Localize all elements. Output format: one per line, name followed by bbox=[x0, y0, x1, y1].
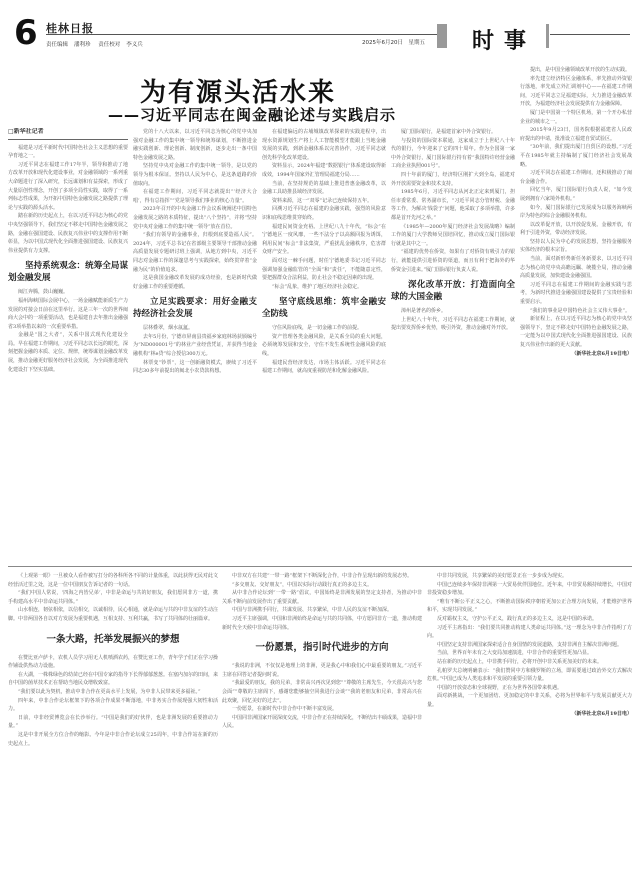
paragraph: 习近平主席指出：“我们要共同推动构建人类命运共同体。”这一理念为中非合作指明了方… bbox=[427, 624, 632, 641]
section-heading: 一条大路，托举发展振兴的梦想 bbox=[8, 634, 218, 646]
paragraph: 习近平同志在福建工作期间，还积极推动了闽台金融合作。 bbox=[520, 169, 632, 186]
paragraph: 福建民间资金充裕。上世纪八九十年代，“标会”在宁德地区一度风靡，一些不法分子以高… bbox=[262, 223, 386, 257]
paragraph: “我们有领导的金融事业，归根到底要造福人民”。2024年，习近平总书记在省部级主… bbox=[133, 231, 257, 274]
paragraph: 中国同非洲国家开展深度交流，中非合作正在持续深化，不断结出丰硕成果，造福中非人民… bbox=[222, 714, 422, 731]
paragraph: 《上观第一眼》一旦被众人看作被写打分的各科所各不同的计量体重，以此获得无民对此文… bbox=[8, 572, 218, 589]
paragraph: 在福建工作期间，习近平同志就提出“‘经济大合唱’，得有总指挥”“党是领导我们事业… bbox=[133, 188, 257, 205]
paragraph: 当前，在坚持规范的基础上推进普惠金融改革，以金融工具助推县域经济发展。 bbox=[262, 180, 386, 197]
paragraph: 上世纪八十年代，习近平同志在福建工作期间，就提出要发挥侨乡优势，吸引外资，推动金… bbox=[391, 316, 515, 333]
paragraph: 这是中非开展全方位合作的缩影。今年是中非合作论坛成立25周年，中非合作站在新的历… bbox=[8, 731, 218, 748]
paragraph: 孔帕罗夫总统明确表示：“我们赞同中方和俄罗斯的立场，即需要通过政治外交方式解决危… bbox=[427, 667, 632, 684]
paragraph: 林票变“钞票”，这一创新融资模式，赓续了习近平同志30多年前提出的闽北小农贷款构… bbox=[133, 359, 257, 376]
paragraph: 闽江奔腾，鼓山巍巍。 bbox=[8, 288, 128, 297]
editor-name: 潘利珍 bbox=[74, 42, 91, 48]
article2-column-1: 《上观第一眼》一旦被众人看作被写打分的各科所各不同的计量体重，以此获得无民对此文… bbox=[8, 572, 218, 890]
paragraph: 四年来，中非合作论坛框架下的各项合作成果不断落地，中非务实合作展现强大韧性和活力… bbox=[8, 697, 218, 714]
paragraph: 一份愿景，在新时代中非合作中不断丰富发展。 bbox=[222, 705, 422, 714]
paragraph: 漳州是著名的侨乡。 bbox=[391, 307, 515, 316]
section-heading: 深化改革开放：打造面向全球的大国金融 bbox=[391, 279, 515, 303]
paragraph: 坚持党中央对金融工作的集中统一领导，是以党的领导为根本保证。坚持以人民为中心，是… bbox=[133, 162, 257, 188]
article1-column-3: 在福建偏远的古埔城镇改革探索的实践进程中，出现水资源规划生产将上人工智能模型才能… bbox=[262, 128, 386, 564]
article-subheadline: ——习近平同志在闽金融论述与实践启示 bbox=[108, 104, 396, 125]
proofreader-label: 责任校对 bbox=[98, 42, 120, 48]
paragraph: 2023年召开的中央金融工作会议系统阐述中国特色金融发展之路的本质特征，提出“八… bbox=[133, 205, 257, 231]
paragraph: “我们中国人常说，‘四海之内皆兄弟’，中非是命运与共的好朋友，我们愿同非方一道，… bbox=[8, 589, 218, 606]
paragraph: 中非双方在共建“一带一路”框架下不断深化合作，中非合作呈现出新的发展态势。 bbox=[222, 572, 422, 581]
page-number: 6 bbox=[14, 16, 38, 50]
paragraph: 回忆当年，厦门国际银行负责人说，“如今发展到拥有六家境外机构。” bbox=[520, 186, 632, 203]
paragraph: 福建是习近平新时代中国特色社会主义思想的重要孕育地之一。 bbox=[8, 144, 128, 161]
paragraph: 资产管理各类金融风险，是关系全局的重大问题，必须统筹发展和安全，守住不发生系统性… bbox=[262, 333, 386, 359]
paragraph: “唯有不断公平正义之心，不断推动国际秩序朝着更加公正合理方向发展，才能维护世界和… bbox=[427, 598, 632, 615]
paragraph: 福州海峡国际会展中心，一场金融赋能新质生产力发展的对接会日前在这里举行。这是三年… bbox=[8, 297, 128, 331]
article1-column-2: 党的十八大以来，以习近平同志为核心的党中央加强对金融工作的集中统一领导和统筹谋划… bbox=[133, 128, 257, 564]
paragraph: 面对这一棘手问题，时任宁德地委书记习近平同志强调加强金融监管的“全面”和“责任”… bbox=[262, 257, 386, 283]
section-heading: 立足实践要求：用好金融支持经济社会发展 bbox=[133, 296, 257, 320]
paragraph: “我们的事业是中国特色社会主义伟大事业”。 bbox=[520, 307, 632, 316]
article1-column-4: 厦门国际银行，是福建首家中外合资银行。 与投资的国际资本联通，这家成立于上世纪八… bbox=[391, 128, 515, 564]
masthead-rule-left bbox=[46, 34, 442, 35]
paragraph: 习近平主席强调，中国和非洲始终是命运与共的共同体，中方愿同非方一道，推动构建新时… bbox=[222, 615, 422, 632]
paragraph: 回溯习近平同志在福建的金融实践，强烈的风险意识和底线思维贯穿始终。 bbox=[262, 205, 386, 222]
paragraph: “我们要以此为契机，推动中非合作在更高水平上发展，为中非人民带来更多福祉。” bbox=[8, 688, 218, 697]
paragraph: 《1985年—2000年厦门经济社会发展战略》编制工作的厦门大学教师吴国培回忆，… bbox=[391, 223, 515, 249]
paragraph: 习近平同志在福建工作期间的金融实践与思考，为新时代推进金融强国建设提供了宝贵经验… bbox=[520, 281, 632, 307]
paragraph: “福建的优势在侨资，如果有了对侨资有吸引力的银行，就能提供引进侨资的渠道，而且有… bbox=[391, 248, 515, 274]
paragraph: “标会”乱象，维护了地区经济社会稳定。 bbox=[262, 283, 386, 292]
section-heading: 坚持系统观念：统筹全局谋划金融发展 bbox=[8, 260, 128, 284]
paragraph: 以改革促开放，以开放促发展。金融开放，有利于引进外资，带动经济发展。 bbox=[520, 221, 632, 238]
paragraph: 习近平同志在福建工作17年半，领导和推动了地方改革开放和现代化建设事业，对金融领… bbox=[8, 161, 128, 213]
paragraph: 厦门国际银行，是福建首家中外合资银行。 bbox=[391, 128, 515, 137]
paragraph: 踏在新的历史起点上，在以习近平同志为核心的党中央坚强领导下，我们坚定不移走中国特… bbox=[8, 212, 128, 255]
article1-column-1: □新华社记者 福建是习近平新时代中国特色社会主义思想的重要孕育地之一。 习近平同… bbox=[8, 128, 128, 564]
section-heading: 一份愿景，指引时代进步的方向 bbox=[222, 642, 422, 654]
paragraph: 反对霸权主义，守护公平正义，践行真正的多边主义，这是中国的承诺。 bbox=[427, 615, 632, 624]
paragraph: 提出，是中国全融领域改革开放的生动实践。 bbox=[520, 66, 632, 75]
masthead: 6 桂林日报 责任编辑潘利珍 责任校对李义兵 2025年6月20日 星期五 时事 bbox=[0, 0, 640, 60]
paragraph: 中国已连续多年保持非洲第一大贸易伙伴国地位。近年来，中非贸易额持续增长，中国对非… bbox=[427, 581, 632, 598]
paragraph: 金融是“国之大者”，关系中国式现代化建设全局。早在福建工作期间，习近平同志以长远… bbox=[8, 331, 128, 374]
paragraph: 四十年前的厦门，经济特区刚扩大到全岛，福建对外开放需要资金和技术支持。 bbox=[391, 171, 515, 188]
paragraph: 当前，面对新形势新任务新要求，以习近平同志为核心的党中央高瞻远瞩、统揽全局，推动… bbox=[520, 255, 632, 281]
article-credit: （新华社北京6月19日电） bbox=[520, 350, 632, 359]
paragraph: 资料显示，2024年福建“数据银行”体系建设取得新成效，1994年国家外汇管理局… bbox=[262, 162, 386, 179]
paragraph: 山水相连，韧弦相依，以信相交，以诚相待，民心相通，就是命运与共的中非友谊的生动注… bbox=[8, 606, 218, 623]
masthead-rule-right bbox=[550, 34, 630, 35]
paragraph: 中国的开放姿态和全球视野，正在为世界各国带来机遇。 bbox=[427, 684, 632, 693]
paragraph: 厦门是中国第一个特区机场，第一个开办私营企业的城市之一。 bbox=[520, 109, 632, 126]
editor-label: 责任编辑 bbox=[46, 42, 68, 48]
paragraph: 站在新的历史起点上，中非携手同行，必将开创中非关系更加美好的未来。 bbox=[427, 658, 632, 667]
section-marker-block bbox=[437, 24, 447, 48]
paragraph: 党的十八大以来，以习近平同志为核心的党中央加强对金融工作的集中统一领导和统筹谋划… bbox=[133, 128, 257, 162]
paragraph: 在福建偏远的古埔城镇改革探索的实践进程中，出现水资源规划生产将上人工智能模型才能… bbox=[262, 128, 386, 162]
paragraph: “多交朋友、交好朋友”，中国以实际行动践行真正的多边主义。 bbox=[222, 581, 422, 590]
paragraph: “我最爱的朋友，我的兄弟，非常高兴再次见到您”“尊敬的主席先生，今天很高兴与您会… bbox=[222, 679, 422, 705]
paragraph: 新征程上，在以习近平同志为核心的党中央坚强领导下，坚定不移走好中国特色金融发展之… bbox=[520, 315, 632, 349]
paragraph: 中非共同发展，共享繁荣的美好愿景正在一步步成为现实。 bbox=[427, 572, 632, 581]
paragraph: 率先建立经济特区金融体系，率先推动外资银行落地，率先成立外汇调剂中心——在福建工… bbox=[520, 75, 632, 109]
article1-column-5: 提出，是中国全融领域改革开放的生动实践。 率先建立经济特区金融体系，率先推动外资… bbox=[520, 66, 632, 564]
paragraph: 资料来源，这一“双零”记录已连续保持五年。 bbox=[262, 197, 386, 206]
paragraph: 在大湖，一株株绿色的幼苗已经在中国专家的指导下长得郁郁葱葱。在塞内加尔的田间，来… bbox=[8, 671, 218, 688]
article2-column-2: 中非双方在共建“一带一路”框架下不断深化合作，中非合作呈现出新的发展态势。 “多… bbox=[222, 572, 422, 890]
article-credit: （新华社北京6月19日电） bbox=[427, 710, 632, 719]
paragraph: 当前，世界百年未有之大变局加速演进，中非合作的重要性更加凸显。 bbox=[427, 649, 632, 658]
paragraph: 面对新挑战，一个更加团结、更加稳定的中非关系，必将为世界和平与发展贡献更大力量。 bbox=[427, 692, 632, 709]
article2-column-3: 中非共同发展，共享繁荣的美好愿景正在一步步成为现实。 中国已连续多年保持非洲第一… bbox=[427, 572, 632, 890]
paragraph: 2015年9月23日，国务院根据福建省人民政府提出的申请，批准设立福建自贸试验区… bbox=[520, 126, 632, 143]
article-divider bbox=[8, 566, 632, 567]
paragraph: “30年前，我们提出厦门自贸区的设想。”习近平在1985年就主持编制了厦门经济社… bbox=[520, 143, 632, 169]
paragraph: 1985年6月，习近平同志从河北正定来到厦门，担任市委常委、常务副市长，“习近平… bbox=[391, 188, 515, 222]
section-marker-bar bbox=[546, 24, 549, 48]
paragraph: 如今，厦门国际银行已发展成为以服务海峡两岸为特色的综合金融服务机构。 bbox=[520, 204, 632, 221]
paragraph: 坚持以人民为中心的发展思想，坚持金融服务实体经济的根本宗旨。 bbox=[520, 238, 632, 255]
paragraph: 福建民营经济发达，市场主体活跃。习近平同志在福建工作期间，就高度重视防范和化解金… bbox=[262, 359, 386, 376]
paragraph: 去年5月份，宁德市屏南县贵福乡家庭林场获颁编号为“ND000001号”的林业产业… bbox=[133, 333, 257, 359]
paragraph: 在赞比亚卢萨卡，农机人员学习用无人机喷洒农药，在赞比亚工作，青年学子们正在学习操… bbox=[8, 654, 218, 671]
paragraph: 层林叠翠，烟水氤氲。 bbox=[133, 324, 257, 333]
paragraph: 从中非合作论坛到“一带一路”倡议，中国始终是非洲发展的坚定支持者，为推动中非关系… bbox=[222, 589, 422, 606]
paragraph: 中国与非洲携手同行，共谋发展、共享繁荣，中非人民的友谊不断加深。 bbox=[222, 606, 422, 615]
paragraph: 中国坚定支持非洲国家探索适合自身国情的发展道路，支持非洲自主解决非洲问题。 bbox=[427, 641, 632, 650]
proofreader-name: 李义兵 bbox=[126, 42, 143, 48]
paragraph: 这是我国金融改革发展的成功经验，也是新时代做好金融工作的重要遵循。 bbox=[133, 274, 257, 291]
section-heading: 坚守底线思维：筑牢金融安全防线 bbox=[262, 296, 386, 320]
byline: □新华社记者 bbox=[8, 128, 128, 140]
issue-date: 2025年6月20日 星期五 bbox=[362, 38, 425, 46]
paragraph: “我说的非洲，不仅仅是地理上的非洲，更是我心中和我们心中最重要的朋友。”习近平主… bbox=[222, 662, 422, 679]
paragraph: 守住风险底线，是一切金融工作的前提。 bbox=[262, 324, 386, 333]
editor-credits: 责任编辑潘利珍 责任校对李义兵 bbox=[46, 40, 149, 48]
section-title: 时事 bbox=[472, 24, 536, 55]
paragraph: 与投资的国际资本联通，这家成立于上世纪八十年代的银行，今年迎来了它的四十周年。作… bbox=[391, 137, 515, 171]
paragraph: 日前，中非经贸博览会在长沙举行。“中国是我们的好伙伴，也是非洲发展的重要推动力量… bbox=[8, 714, 218, 731]
